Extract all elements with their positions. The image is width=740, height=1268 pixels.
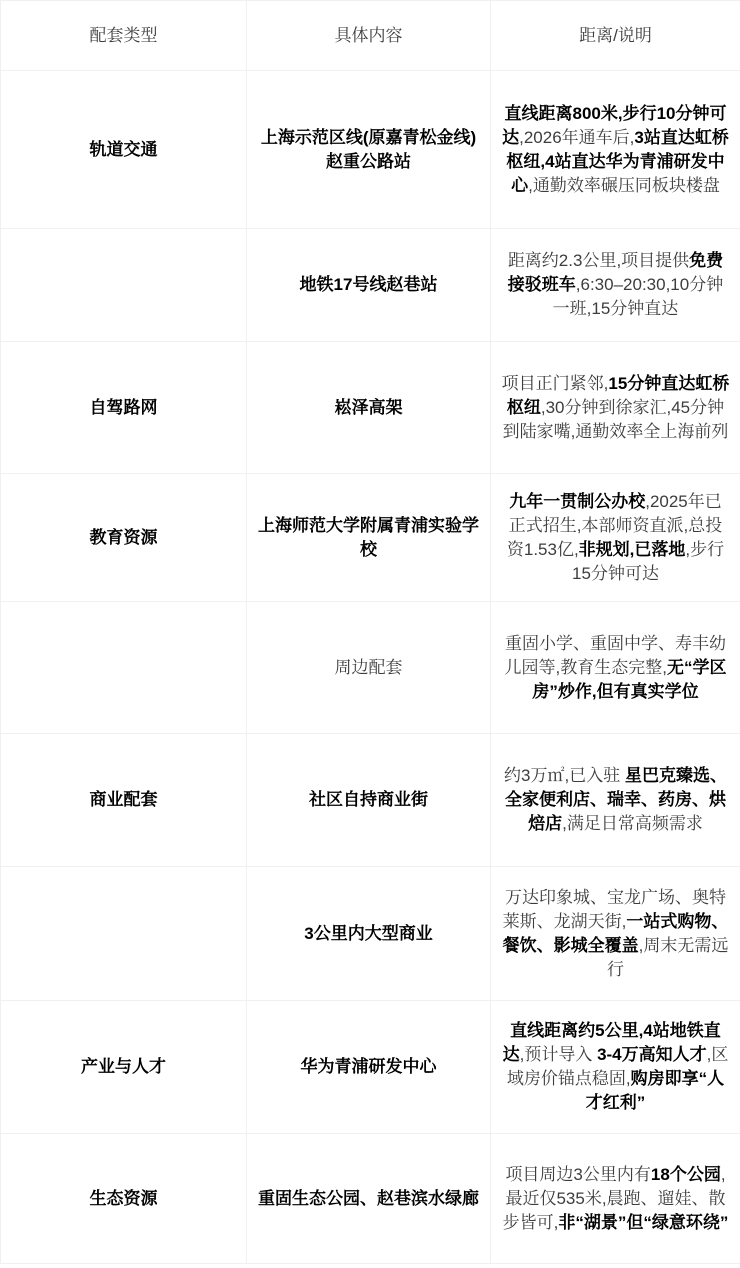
desc-text-segment: 周边配套: [335, 658, 403, 677]
table-row: 自驾路网 崧泽高架 项目正门紧邻,15分钟直达虹桥枢纽,30分钟到徐家汇,45分…: [1, 342, 740, 474]
desc-text-segment: 距离约2.3公里,项目提供: [508, 251, 689, 270]
desc-cell: 约3万㎡,已入驻 星巴克臻选、全家便利店、瑞幸、药房、烘焙店,满足日常高频需求: [491, 734, 740, 867]
category-label: 生态资源: [90, 1189, 158, 1208]
desc-bold-segment: 地铁17号线赵巷站: [300, 275, 438, 294]
category-cell: 商业配套: [1, 734, 247, 867]
table-row: 教育资源 上海师范大学附属青浦实验学校 九年一贯制公办校,2025年已正式招生,…: [1, 474, 740, 602]
desc-cell: 距离约2.3公里,项目提供免费接驳班车,6:30–20:30,10分钟一班,15…: [491, 229, 740, 342]
desc-bold-segment: 18个公园: [651, 1165, 721, 1184]
desc-bold-segment: 社区自持商业街: [309, 790, 428, 809]
desc-bold-segment: 非规划,已落地: [579, 540, 686, 559]
desc-bold-segment: 非“湖景”但“绿意环绕”: [558, 1213, 728, 1232]
desc-text-segment: ,2026年通车后,: [519, 128, 634, 147]
category-cell: 轨道交通: [1, 71, 247, 229]
desc-text-segment: ,满足日常高频需求: [562, 814, 703, 833]
content-cell: 上海师范大学附属青浦实验学校: [247, 474, 491, 602]
desc-text-segment: ,通勤效率碾压同板块楼盘: [528, 176, 720, 195]
header-row: 配套类型 具体内容 距离/说明: [1, 1, 740, 71]
desc-cell: 项目周边3公里内有18个公园,最近仅535米,晨跑、遛娃、散步皆可,非“湖景”但…: [491, 1134, 740, 1264]
category-cell: [1, 867, 247, 1001]
desc-bold-segment: 3-4万高知人才: [597, 1045, 707, 1064]
desc-bold-segment: 上海师范大学附属青浦实验学校: [258, 516, 479, 559]
desc-cell: 万达印象城、宝龙广场、奥特莱斯、龙湖天街,一站式购物、餐饮、影城全覆盖,周末无需…: [491, 867, 740, 1001]
table-row: 生态资源 重固生态公园、赵巷滨水绿廊 项目周边3公里内有18个公园,最近仅535…: [1, 1134, 740, 1264]
desc-bold-segment: 上海示范区线(原嘉青松金线)赵重公路站: [261, 128, 476, 171]
desc-cell: 重固小学、重固中学、寿丰幼儿园等,教育生态完整,无“学区房”炒作,但有真实学位: [491, 602, 740, 734]
category-cell: 产业与人才: [1, 1001, 247, 1134]
header-category: 配套类型: [1, 1, 247, 71]
header-content: 具体内容: [247, 1, 491, 71]
table-row: 周边配套 重固小学、重固中学、寿丰幼儿园等,教育生态完整,无“学区房”炒作,但有…: [1, 602, 740, 734]
table-row: 地铁17号线赵巷站 距离约2.3公里,项目提供免费接驳班车,6:30–20:30…: [1, 229, 740, 342]
table-row: 产业与人才 华为青浦研发中心 直线距离约5公里,4站地铁直达,预计导入 3-4万…: [1, 1001, 740, 1134]
category-label: 产业与人才: [81, 1057, 166, 1076]
content-cell: 华为青浦研发中心: [247, 1001, 491, 1134]
desc-bold-segment: 3公里内大型商业: [304, 924, 432, 943]
table-row: 商业配套 社区自持商业街 约3万㎡,已入驻 星巴克臻选、全家便利店、瑞幸、药房、…: [1, 734, 740, 867]
category-cell: 教育资源: [1, 474, 247, 602]
page: 配套类型 具体内容 距离/说明 轨道交通 上海示范区线(原嘉青松金线)赵重公路站…: [0, 0, 740, 1268]
category-cell: 自驾路网: [1, 342, 247, 474]
desc-text-segment: 项目周边3公里内有: [505, 1165, 650, 1184]
header-distance: 距离/说明: [491, 1, 740, 71]
desc-cell: 九年一贯制公办校,2025年已正式招生,本部师资直派,总投资1.53亿,非规划,…: [491, 474, 740, 602]
category-label: 教育资源: [90, 528, 158, 547]
content-cell: 3公里内大型商业: [247, 867, 491, 1001]
desc-cell: 项目正门紧邻,15分钟直达虹桥枢纽,30分钟到徐家汇,45分钟到陆家嘴,通勤效率…: [491, 342, 740, 474]
desc-bold-segment: 崧泽高架: [335, 398, 403, 417]
content-cell: 周边配套: [247, 602, 491, 734]
category-label: 自驾路网: [90, 398, 158, 417]
desc-text-segment: ,6:30–20:30,10分钟一班,15分钟直达: [553, 275, 724, 318]
desc-bold-segment: 华为青浦研发中心: [301, 1057, 437, 1076]
desc-text-segment: 约3万㎡,已入驻: [504, 766, 625, 785]
table-row: 轨道交通 上海示范区线(原嘉青松金线)赵重公路站 直线距离800米,步行10分钟…: [1, 71, 740, 229]
content-cell: 地铁17号线赵巷站: [247, 229, 491, 342]
category-cell: [1, 602, 247, 734]
category-cell: [1, 229, 247, 342]
amenities-table: 配套类型 具体内容 距离/说明 轨道交通 上海示范区线(原嘉青松金线)赵重公路站…: [0, 0, 740, 1264]
category-label: 商业配套: [90, 790, 158, 809]
desc-cell: 直线距离800米,步行10分钟可达,2026年通车后,3站直达虹桥枢纽,4站直达…: [491, 71, 740, 229]
content-cell: 社区自持商业街: [247, 734, 491, 867]
category-label: 轨道交通: [90, 140, 158, 159]
category-cell: 生态资源: [1, 1134, 247, 1264]
desc-cell: 直线距离约5公里,4站地铁直达,预计导入 3-4万高知人才,区域房价锚点稳固,购…: [491, 1001, 740, 1134]
content-cell: 上海示范区线(原嘉青松金线)赵重公路站: [247, 71, 491, 229]
content-cell: 重固生态公园、赵巷滨水绿廊: [247, 1134, 491, 1264]
desc-bold-segment: 九年一贯制公办校: [509, 492, 645, 511]
table-row: 3公里内大型商业 万达印象城、宝龙广场、奥特莱斯、龙湖天街,一站式购物、餐饮、影…: [1, 867, 740, 1001]
content-cell: 崧泽高架: [247, 342, 491, 474]
desc-bold-segment: 重固生态公园、赵巷滨水绿廊: [258, 1189, 479, 1208]
desc-text-segment: 项目正门紧邻,: [502, 374, 609, 393]
desc-text-segment: ,预计导入: [520, 1045, 597, 1064]
